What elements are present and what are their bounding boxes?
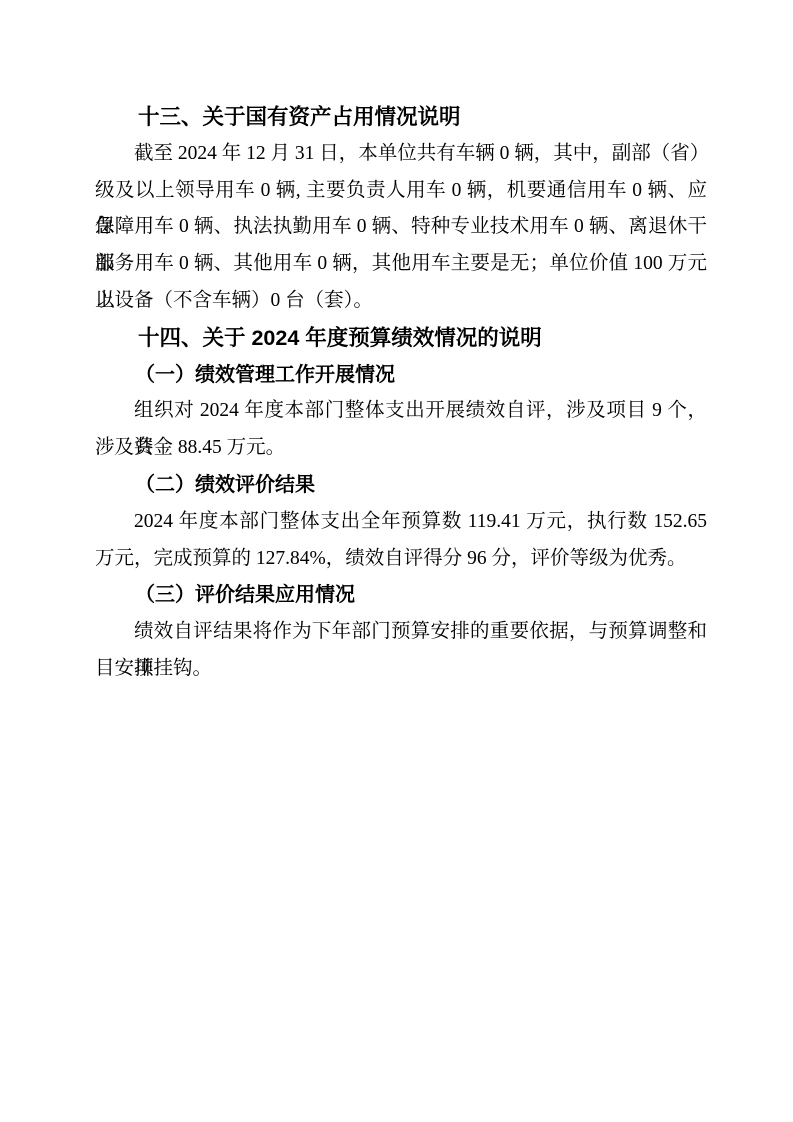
subsection-1-paragraph-line: 涉及资金 88.45 万元。 bbox=[95, 430, 707, 467]
subsection-1-paragraph-line: 组织对 2024 年度本部门整体支出开展绩效自评，涉及项目 9 个，共 bbox=[95, 393, 707, 430]
section-13-paragraph-line: 服务用车 0 辆、其他用车 0 辆，其他用车主要是无；单位价值 100 万元以 bbox=[95, 246, 707, 283]
section-14-heading: 十四、关于 2024 年度预算绩效情况的说明 bbox=[95, 320, 707, 357]
subsection-3-paragraph-line: 绩效自评结果将作为下年部门预算安排的重要依据，与预算调整和项 bbox=[95, 614, 707, 651]
document-page: 十三、关于国有资产占用情况说明 截至 2024 年 12 月 31 日，本单位共… bbox=[0, 0, 793, 1122]
section-13-paragraph-line: 保障用车 0 辆、执法执勤用车 0 辆、特种专业技术用车 0 辆、离退休干部 bbox=[95, 209, 707, 246]
subsection-3-paragraph-line: 目安排挂钩。 bbox=[95, 651, 707, 688]
subsection-3-heading: （三）评价结果应用情况 bbox=[95, 577, 707, 614]
subsection-2-paragraph-line: 2024 年度本部门整体支出全年预算数 119.41 万元，执行数 152.65 bbox=[95, 504, 707, 541]
section-13-paragraph-line: 截至 2024 年 12 月 31 日，本单位共有车辆 0 辆，其中，副部（省） bbox=[95, 136, 707, 173]
subsection-2-paragraph-line: 万元，完成预算的 127.84%，绩效自评得分 96 分，评价等级为优秀。 bbox=[95, 541, 707, 578]
section-13-heading: 十三、关于国有资产占用情况说明 bbox=[95, 99, 707, 136]
section-13-paragraph-line: 上设备（不含车辆）0 台（套）。 bbox=[95, 283, 707, 320]
document-content: 十三、关于国有资产占用情况说明 截至 2024 年 12 月 31 日，本单位共… bbox=[95, 99, 707, 688]
subsection-2-heading: （二）绩效评价结果 bbox=[95, 467, 707, 504]
section-13-paragraph-line: 级及以上领导用车 0 辆, 主要负责人用车 0 辆，机要通信用车 0 辆、应急 bbox=[95, 173, 707, 210]
subsection-1-heading: （一）绩效管理工作开展情况 bbox=[95, 357, 707, 394]
